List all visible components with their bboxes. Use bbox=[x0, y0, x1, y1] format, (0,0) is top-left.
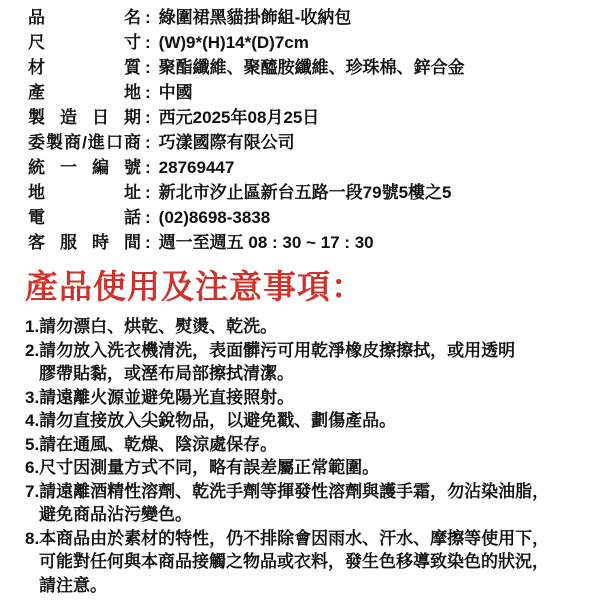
info-row-label: 材質 bbox=[28, 55, 141, 80]
info-row-value: (W)9*(H)14*(D)7cm bbox=[159, 30, 309, 55]
colon-separator: : bbox=[145, 155, 151, 180]
info-row-label: 委製商/進口商 bbox=[28, 130, 141, 155]
info-row: 材質 : 聚酯纖維、聚醯胺纖維、珍珠棉、鋅合金 bbox=[28, 55, 582, 80]
colon-separator: : bbox=[145, 5, 151, 30]
colon-separator: : bbox=[145, 205, 151, 230]
notice-list: 1.請勿漂白、烘乾、熨燙、乾洗。 2.請勿放入洗衣機清洗，表面髒污可用乾淨橡皮擦… bbox=[25, 315, 582, 597]
info-row-label: 地址 bbox=[28, 180, 141, 205]
info-row: 品名 : 綠圍裙黑貓掛飾組-收納包 bbox=[28, 5, 582, 30]
info-row: 尺寸 : (W)9*(H)14*(D)7cm bbox=[28, 30, 582, 55]
notice-heading: 產品使用及注意事項： bbox=[25, 268, 582, 306]
info-row: 地址 : 新北市汐止區新台五路一段79號5樓之5 bbox=[28, 180, 582, 205]
info-row: 電話 : (02)8698-3838 bbox=[28, 205, 582, 230]
info-row: 委製商/進口商 : 巧漾國際有限公司 bbox=[28, 130, 582, 155]
info-row-value: 聚酯纖維、聚醯胺纖維、珍珠棉、鋅合金 bbox=[159, 55, 465, 80]
info-row-value: 綠圍裙黑貓掛飾組-收納包 bbox=[159, 5, 352, 30]
notice-item: 4.請勿直接放入尖銳物品，以避免戳、劃傷產品。 bbox=[25, 409, 582, 433]
info-row-label: 製造日期 bbox=[28, 105, 141, 130]
info-row: 產地 : 中國 bbox=[28, 80, 582, 105]
info-row-value: 巧漾國際有限公司 bbox=[159, 130, 295, 155]
product-label-page: 品名 : 綠圍裙黑貓掛飾組-收納包 尺寸 : (W)9*(H)14*(D)7cm… bbox=[0, 0, 600, 600]
colon-separator: : bbox=[145, 105, 151, 130]
info-row-label: 電話 bbox=[28, 205, 141, 230]
info-row-label: 尺寸 bbox=[28, 30, 141, 55]
notice-item: 1.請勿漂白、烘乾、熨燙、乾洗。 bbox=[25, 315, 582, 339]
notice-item: 2.請勿放入洗衣機清洗，表面髒污可用乾淨橡皮擦擦拭，或用透明 膠帶貼黏，或溼布局… bbox=[25, 339, 582, 386]
notice-item: 7.請遠離酒精性溶劑、乾洗手劑等揮發性溶劑與護手霜，勿沾染油脂， 避免商品沾污變… bbox=[25, 480, 582, 527]
product-info-table: 品名 : 綠圍裙黑貓掛飾組-收納包 尺寸 : (W)9*(H)14*(D)7cm… bbox=[28, 5, 582, 255]
info-row-value: 中國 bbox=[159, 80, 193, 105]
colon-separator: : bbox=[145, 180, 151, 205]
info-row-value: (02)8698-3838 bbox=[159, 205, 271, 230]
info-row-value: 週一至週五 08 : 30 ~ 17 : 30 bbox=[159, 230, 374, 255]
colon-separator: : bbox=[145, 55, 151, 80]
notice-item: 6.尺寸因測量方式不同，略有誤差屬正常範圍。 bbox=[25, 456, 582, 480]
colon-separator: : bbox=[145, 80, 151, 105]
notice-item: 3.請遠離火源並避免陽光直接照射。 bbox=[25, 386, 582, 410]
info-row-value: 新北市汐止區新台五路一段79號5樓之5 bbox=[159, 180, 452, 205]
info-row: 統一編號 : 28769447 bbox=[28, 155, 582, 180]
info-row-value: 28769447 bbox=[159, 155, 235, 180]
info-row: 客服時間 : 週一至週五 08 : 30 ~ 17 : 30 bbox=[28, 230, 582, 255]
notice-item: 5.請在通風、乾燥、陰涼處保存。 bbox=[25, 433, 582, 457]
colon-separator: : bbox=[145, 230, 151, 255]
info-row-label: 產地 bbox=[28, 80, 141, 105]
colon-separator: : bbox=[145, 30, 151, 55]
notice-item: 8.本商品由於素材的特性，仍不排除會因雨水、汗水、摩擦等使用下， 可能對任何與本… bbox=[25, 527, 582, 598]
info-row-value: 西元2025年08月25日 bbox=[159, 105, 320, 130]
colon-separator: : bbox=[145, 130, 151, 155]
info-row-label: 客服時間 bbox=[28, 230, 141, 255]
info-row-label: 統一編號 bbox=[28, 155, 141, 180]
info-row-label: 品名 bbox=[28, 5, 141, 30]
info-row: 製造日期 : 西元2025年08月25日 bbox=[28, 105, 582, 130]
